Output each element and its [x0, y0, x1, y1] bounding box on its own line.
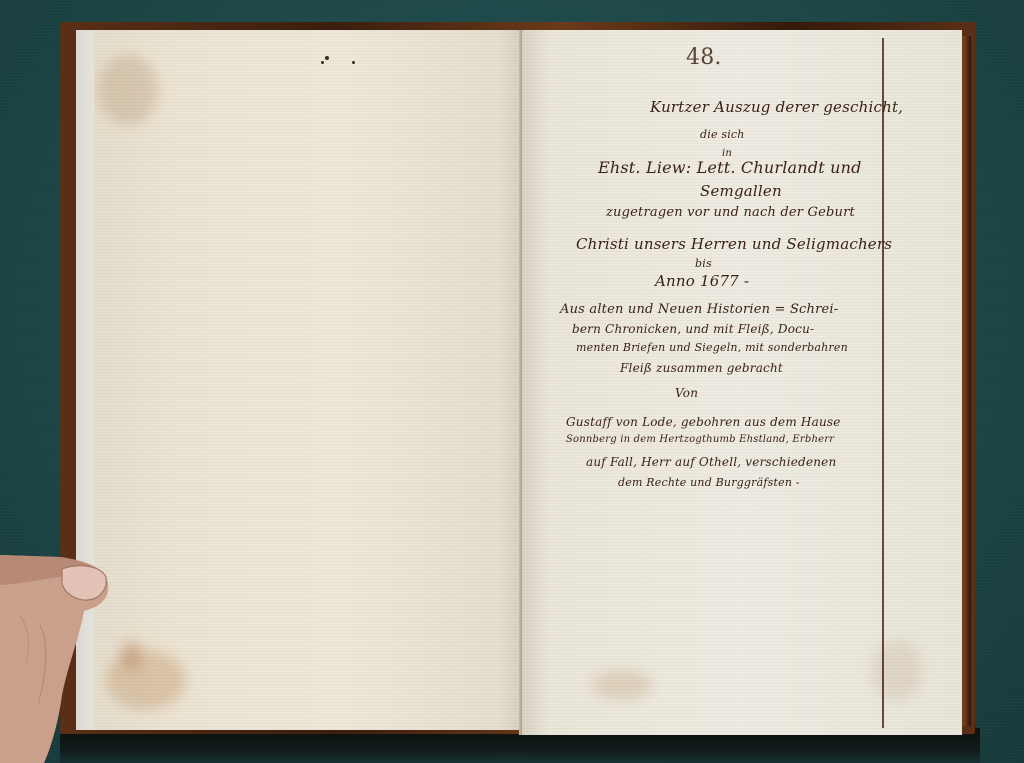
manuscript-line: Sonnberg in dem Hertzogthumb Ehstland, E… — [566, 434, 834, 445]
foxing-stain — [872, 640, 922, 700]
manuscript-line: Christi unsers Herren und Seligmachers — [576, 235, 892, 253]
manuscript-line: Ehst. Liew: Lett. Churlandt und — [598, 158, 862, 177]
manuscript-line: Gustaff von Lode, gebohren aus dem Hause — [566, 415, 841, 429]
manuscript-line: Anno 1677 - — [655, 272, 749, 290]
foxing-stain — [98, 55, 158, 125]
hand-thumb — [0, 555, 110, 763]
manuscript-line: Von — [675, 386, 698, 400]
manuscript-line: bis — [695, 257, 712, 270]
foxing-stain — [121, 640, 141, 670]
manuscript-line: Semgallen — [700, 182, 782, 200]
manuscript-line: auf Fall, Herr auf Othell, verschiedenen — [586, 455, 836, 469]
left-page-blank — [76, 30, 522, 730]
manuscript-line: Kurtzer Auszug derer geschicht, — [650, 98, 903, 116]
manuscript-line: die sich — [700, 128, 745, 141]
foxing-stain — [106, 650, 186, 710]
manuscript-line: Fleiß zusammen gebracht — [620, 361, 783, 375]
manuscript-line: zugetragen vor und nach der Geburt — [606, 205, 855, 220]
foxing-stain — [592, 670, 652, 700]
manuscript-line: bern Chronicken, und mit Fleiß, Docu- — [572, 322, 814, 336]
manuscript-line: menten Briefen und Siegeln, mit sonderba… — [576, 341, 848, 354]
ruled-margin-line — [882, 38, 884, 728]
manuscript-line: dem Rechte und Burggräfsten - — [618, 476, 800, 489]
manuscript-line: Aus alten und Neuen Historien = Schrei- — [560, 302, 838, 317]
folio-number: 48. — [686, 45, 722, 70]
